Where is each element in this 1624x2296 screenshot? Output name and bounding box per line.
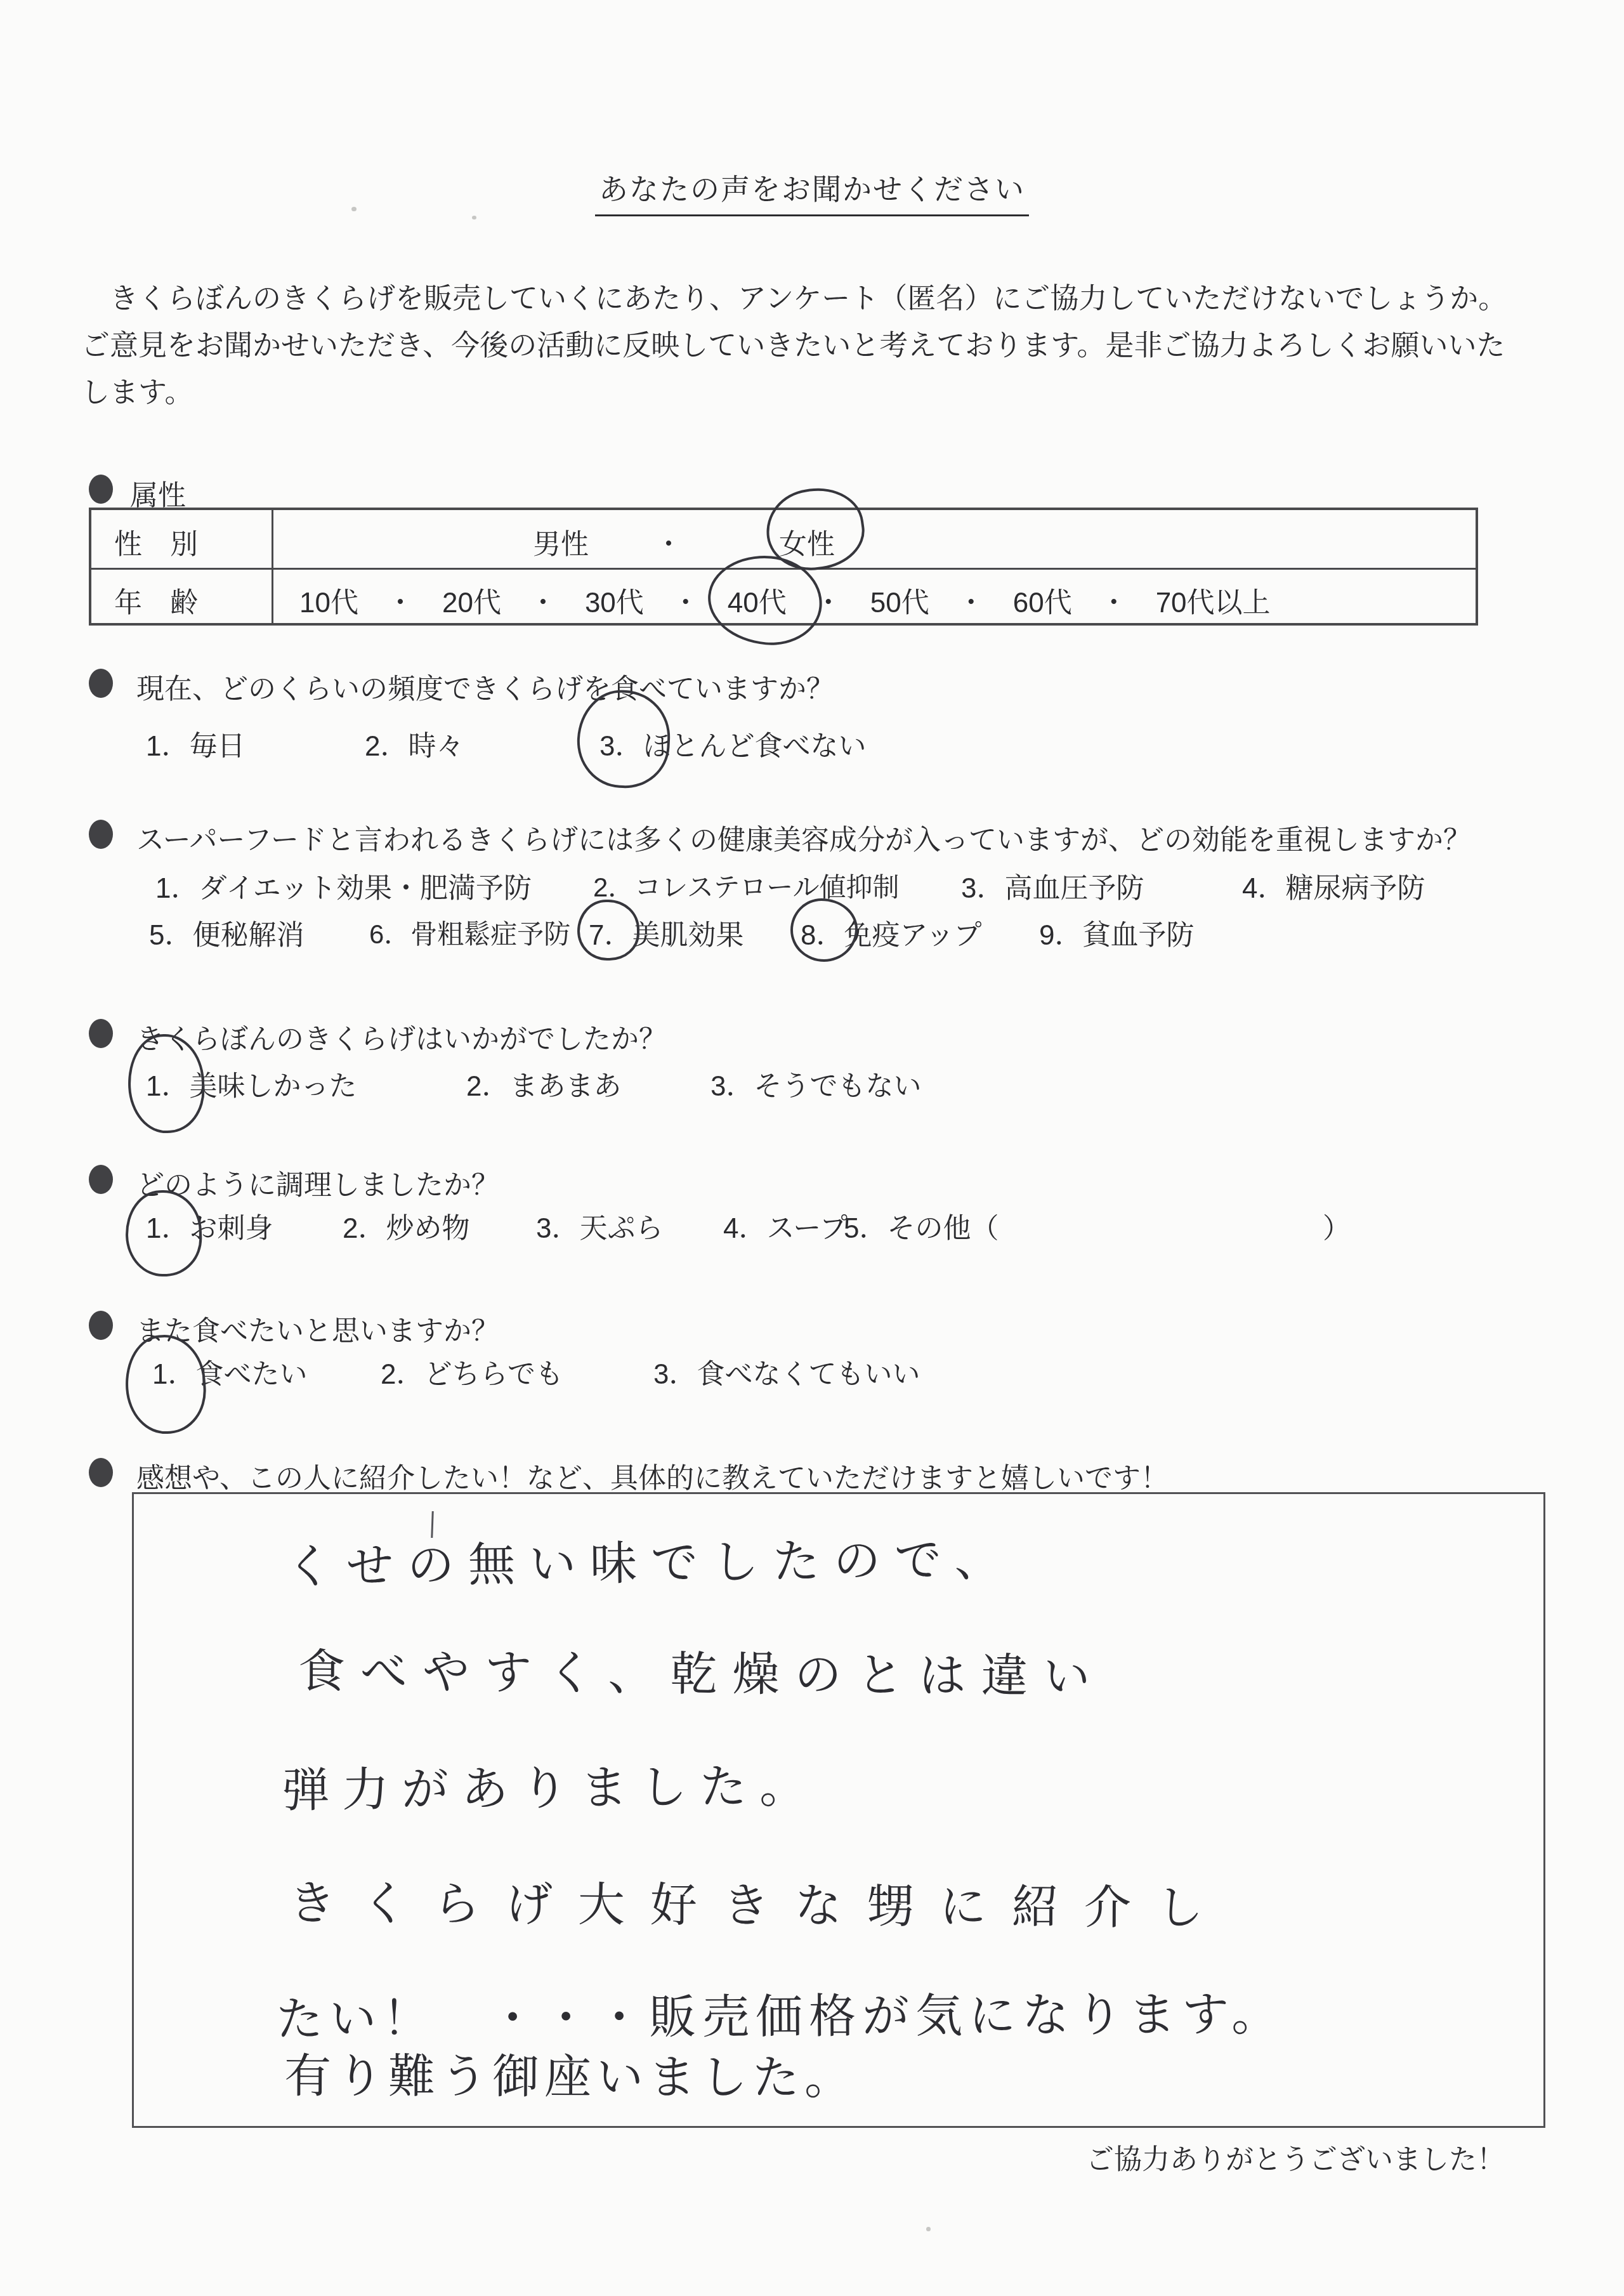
scan-speck: [472, 216, 476, 220]
option-cooking-5: 5．その他（: [844, 1205, 999, 1246]
handwritten-comment-line: きくらげ大好きな甥に紹介し: [289, 1866, 1229, 1938]
handwritten-comment-line: 食べやすく、乾燥のとは違い: [298, 1634, 1106, 1707]
scan-speck: [926, 2227, 931, 2231]
section-bullet-icon: [89, 1165, 113, 1194]
age-row-header: 年 齢: [114, 580, 198, 620]
option-benefit-3: 3．高血圧予防: [961, 865, 1144, 906]
handwritten-circle-benefit-8: [790, 898, 858, 962]
handwritten-comment-line: くせの無い味でしたので、: [285, 1522, 1016, 1597]
option-benefit-6: 6．骨粗鬆症予防: [369, 914, 570, 952]
handwritten-comment-line: 有り難う御座いました。: [284, 2038, 856, 2108]
table-column-divider: [272, 508, 273, 626]
gender-option-male: 男性: [533, 522, 589, 562]
intro-line: します。: [81, 369, 193, 416]
page-title: あなたの声をお聞かせください: [595, 166, 1029, 216]
question-again: また食べたいと思いますか？: [136, 1308, 499, 1349]
section-bullet-icon: [89, 820, 113, 849]
scan-speck: [351, 207, 357, 211]
section-bullet-icon: [89, 1458, 113, 1487]
option-frequency-2: 2．時々: [365, 723, 464, 764]
option-cooking-4: 4．スープ: [723, 1205, 848, 1246]
question-taste: きくらぼんのきくらげはいかがでしたか？: [136, 1016, 667, 1057]
handwritten-comment-line: たい！ ・・・販売価格が気になります。: [276, 1977, 1285, 2049]
scanned-survey-page: { "doc": { "title": "あなたの声をお聞かせください", "i…: [0, 0, 1624, 2296]
footer-thanks: ご協力ありがとうございました！: [1086, 2137, 1505, 2177]
intro-line: きくらぼんのきくらげを販売していくにあたり、アンケート（匿名）にご協力していただ…: [81, 275, 1507, 322]
option-again-2: 2．どちらでも: [381, 1351, 563, 1392]
option-benefit-9: 9．貧血予防: [1039, 912, 1194, 953]
question-frequency: 現在、どのくらいの頻度できくらげを食べていますか？: [136, 666, 834, 707]
option-cooking-5-close-paren: ）: [1323, 1205, 1351, 1246]
option-taste-2: 2．まあまあ: [466, 1063, 621, 1104]
handwritten-comment-line: 弾力がありました。: [282, 1748, 820, 1820]
section-bullet-icon: [89, 1019, 113, 1048]
option-benefit-5: 5．便秘解消: [149, 912, 304, 953]
option-again-3: 3．食べなくてもいい: [653, 1351, 920, 1392]
option-taste-3: 3．そうでもない: [710, 1063, 921, 1104]
section-bullet-icon: [89, 669, 113, 698]
question-comment: 感想や、この人に紹介したい！など、具体的に教えていただけますと嬉しいです！: [136, 1455, 1169, 1496]
gender-option-separator: ・: [655, 522, 683, 562]
handwritten-circle-benefit-7: [577, 900, 639, 961]
option-benefit-4: 4．糖尿病予防: [1242, 865, 1425, 906]
intro-line: ご意見をお聞かせいただき、今後の活動に反映していきたいと考えております。是非ご協…: [81, 322, 1505, 369]
option-benefit-2: 2．コレステロール値抑制: [593, 867, 899, 905]
question-benefit: スーパーフードと言われるきくらげには多くの健康美容成分が入っていますが、どの効能…: [136, 817, 1471, 858]
question-cooking: どのように調理しましたか？: [136, 1162, 499, 1203]
option-cooking-2: 2．炒め物: [343, 1205, 469, 1246]
gender-row-header: 性 別: [114, 522, 198, 562]
option-frequency-1: 1．毎日: [146, 723, 245, 764]
option-benefit-1: 1．ダイエット効果・肥満予防: [155, 865, 532, 906]
section-bullet-icon: [89, 475, 113, 504]
option-cooking-3: 3．天ぷら: [536, 1205, 663, 1246]
section-bullet-icon: [89, 1311, 113, 1340]
